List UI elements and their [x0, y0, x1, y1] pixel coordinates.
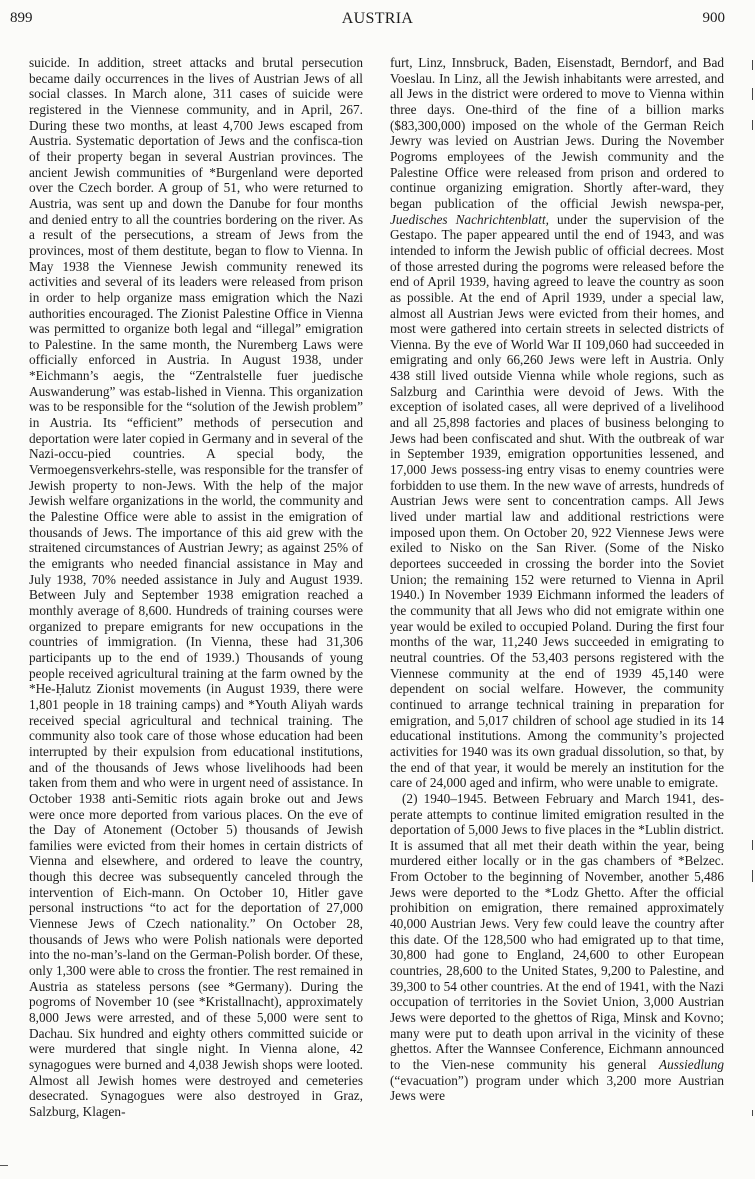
paragraph-text: furt, Linz, Innsbruck, Baden, Eisenstadt… — [390, 55, 724, 211]
right-column-paragraph-1: furt, Linz, Innsbruck, Baden, Eisenstadt… — [390, 55, 724, 791]
scan-margin-mark — [752, 840, 753, 850]
scan-foot-mark — [0, 1165, 8, 1166]
paragraph-text: (“evacuation”) program under which 3,200… — [390, 1073, 724, 1104]
page-number-right: 900 — [703, 10, 726, 27]
scan-margin-mark — [752, 88, 753, 100]
scan-margin-mark — [752, 870, 753, 882]
scan-margin-mark — [752, 120, 753, 130]
left-column: suicide. In addition, street attacks and… — [29, 55, 363, 1120]
right-column: furt, Linz, Innsbruck, Baden, Eisenstadt… — [390, 55, 724, 1104]
paragraph-text: (2) 1940–1945. Between February and Marc… — [390, 791, 724, 1072]
left-column-paragraph: suicide. In addition, street attacks and… — [29, 55, 363, 1120]
paragraph-text: under the supervision of the Gestapo. Th… — [390, 212, 724, 791]
aussiedlung-italic: Aussiedlung — [659, 1057, 724, 1072]
page-header: 899 AUSTRIA 900 — [0, 10, 755, 34]
scan-margin-mark — [752, 1110, 753, 1116]
newspaper-title-italic: Juedisches Nachrichtenblatt, — [390, 212, 549, 227]
scan-margin-mark — [752, 60, 753, 70]
running-head-title: AUSTRIA — [0, 10, 755, 28]
right-column-paragraph-2: (2) 1940–1945. Between February and Marc… — [390, 791, 724, 1104]
